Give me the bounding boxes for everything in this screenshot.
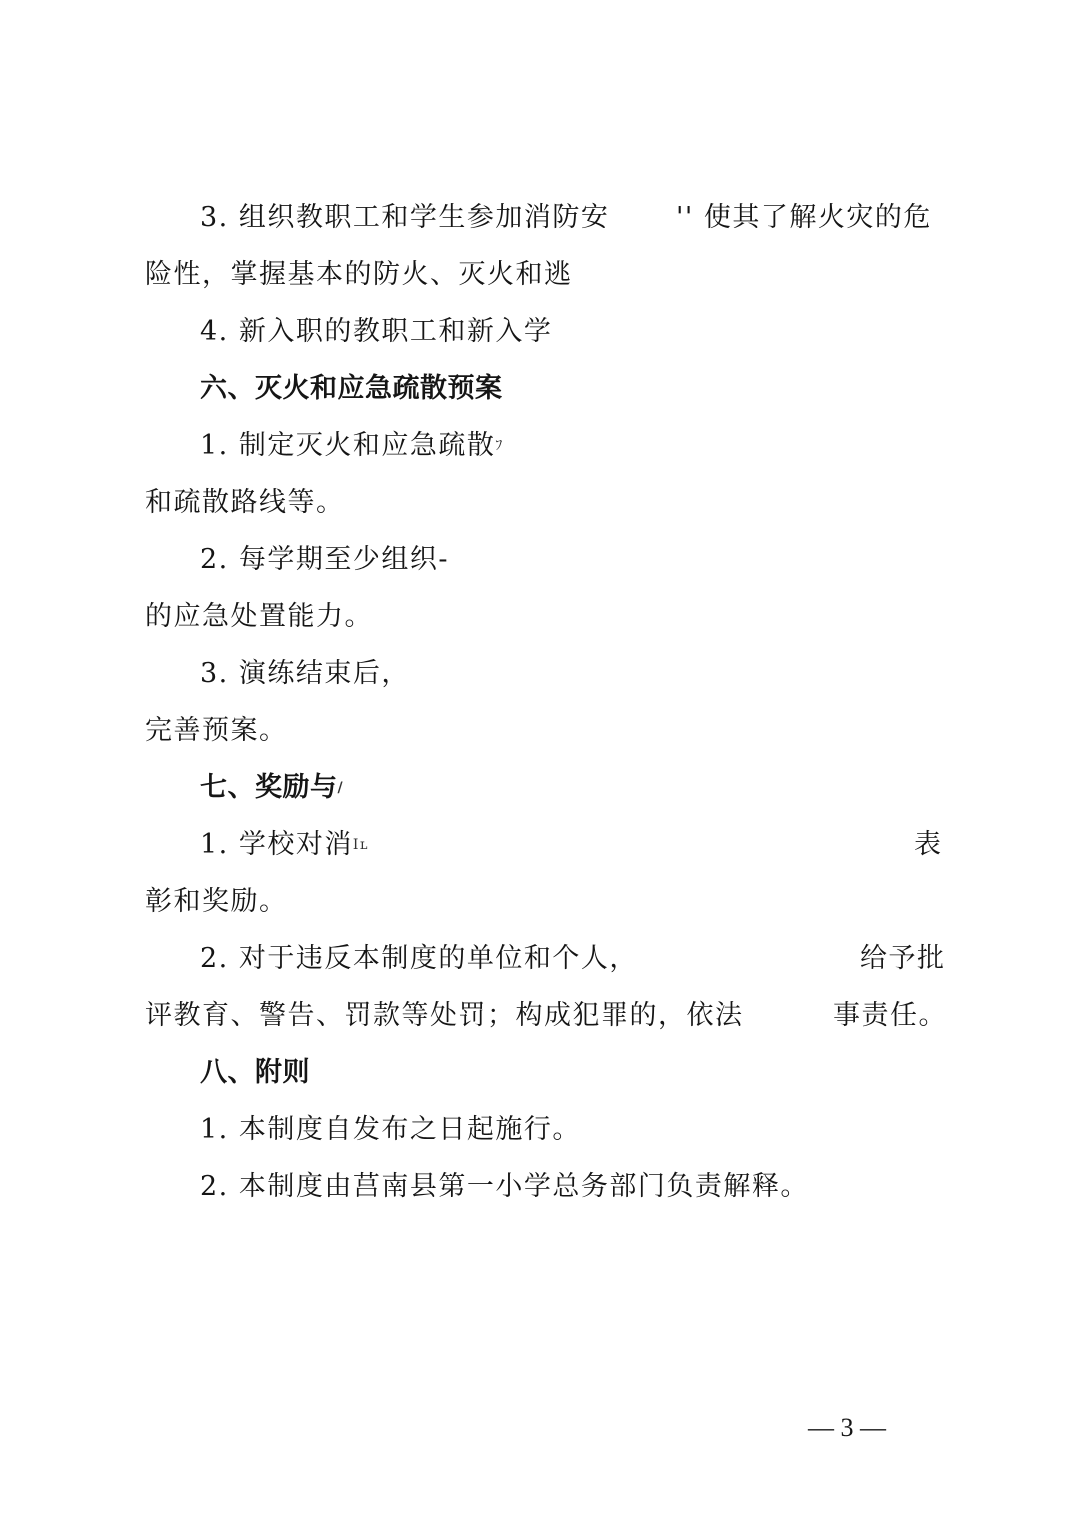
- paragraph-line: 2. 每学期至少组织-: [200, 538, 449, 582]
- paragraph-line-fragment: 事责任。: [833, 994, 947, 1038]
- line-text: 3. 演练结束后，: [200, 658, 410, 689]
- line-text: 评教育、警告、罚款等处罚；构成犯罪的，依法: [145, 1000, 744, 1031]
- heading-text: 八、附则: [200, 1057, 310, 1088]
- paragraph-line: 1. 制定灭火和应急疏散ﾌ: [200, 424, 504, 468]
- line-text: 1. 学校对消: [200, 829, 353, 860]
- paragraph-line-fragment: 给予批: [860, 937, 946, 981]
- paragraph-line: 彰和奖励。: [145, 880, 288, 924]
- paragraph-line: 2. 本制度由莒南县第一小学总务部门负责解释。: [200, 1165, 809, 1209]
- paragraph-line: 2. 对于违反本制度的单位和个人，: [200, 937, 638, 981]
- heading-text: 六、灭火和应急疏散预案: [200, 373, 503, 404]
- paragraph-line: 3. 组织教职工和学生参加消防安: [200, 196, 609, 240]
- line-fragment-text: 表: [914, 829, 943, 860]
- section-heading: 六、灭火和应急疏散预案: [200, 367, 503, 411]
- erased-fragment: /: [338, 780, 344, 796]
- erased-fragment: ﾌ: [495, 438, 504, 454]
- paragraph-line: 评教育、警告、罚款等处罚；构成犯罪的，依法: [145, 994, 744, 1038]
- line-text: 1. 制定灭火和应急疏散: [200, 430, 495, 461]
- paragraph-line: 和疏散路线等。: [145, 481, 345, 525]
- heading-text: 七、奖励与: [200, 772, 338, 803]
- section-heading: 七、奖励与/: [200, 766, 343, 810]
- line-text: 和疏散路线等。: [145, 487, 345, 518]
- line-text: 1. 本制度自发布之日起施行。: [200, 1114, 581, 1145]
- line-text: 险性，掌握基本的防火、灭火和逃: [145, 259, 573, 290]
- erased-fragment: Іʟ: [353, 837, 369, 853]
- line-text: 彰和奖励。: [145, 886, 288, 917]
- line-text: 3. 组织教职工和学生参加消防安: [200, 202, 609, 233]
- line-text: 2. 对于违反本制度的单位和个人，: [200, 943, 638, 974]
- paragraph-line: 1. 本制度自发布之日起施行。: [200, 1108, 581, 1152]
- line-text: 4. 新入职的教职工和新入学: [200, 316, 552, 347]
- line-text: 的应急处置能力。: [145, 601, 373, 632]
- paragraph-line: 4. 新入职的教职工和新入学: [200, 310, 552, 354]
- paragraph-line-fragment: '' 使其了解火灾的危: [676, 196, 932, 240]
- section-heading: 八、附则: [200, 1051, 310, 1095]
- line-fragment-text: 事责任。: [833, 1000, 947, 1031]
- paragraph-line: 险性，掌握基本的防火、灭火和逃: [145, 253, 573, 297]
- page-number: — 3 —: [808, 1410, 886, 1446]
- paragraph-line: 完善预案。: [145, 709, 288, 753]
- paragraph-line: 的应急处置能力。: [145, 595, 373, 639]
- paragraph-line-fragment: 表: [914, 823, 943, 867]
- paragraph-line: 1. 学校对消Іʟ: [200, 823, 369, 867]
- line-text: 完善预案。: [145, 715, 288, 746]
- line-text: 2. 每学期至少组织-: [200, 544, 449, 575]
- line-fragment-text: '' 使其了解火灾的危: [676, 202, 932, 233]
- paragraph-line: 3. 演练结束后，: [200, 652, 410, 696]
- document-page: 3. 组织教职工和学生参加消防安 '' 使其了解火灾的危 险性，掌握基本的防火、…: [0, 0, 1080, 1527]
- line-fragment-text: 给予批: [860, 943, 946, 974]
- line-text: 2. 本制度由莒南县第一小学总务部门负责解释。: [200, 1171, 809, 1202]
